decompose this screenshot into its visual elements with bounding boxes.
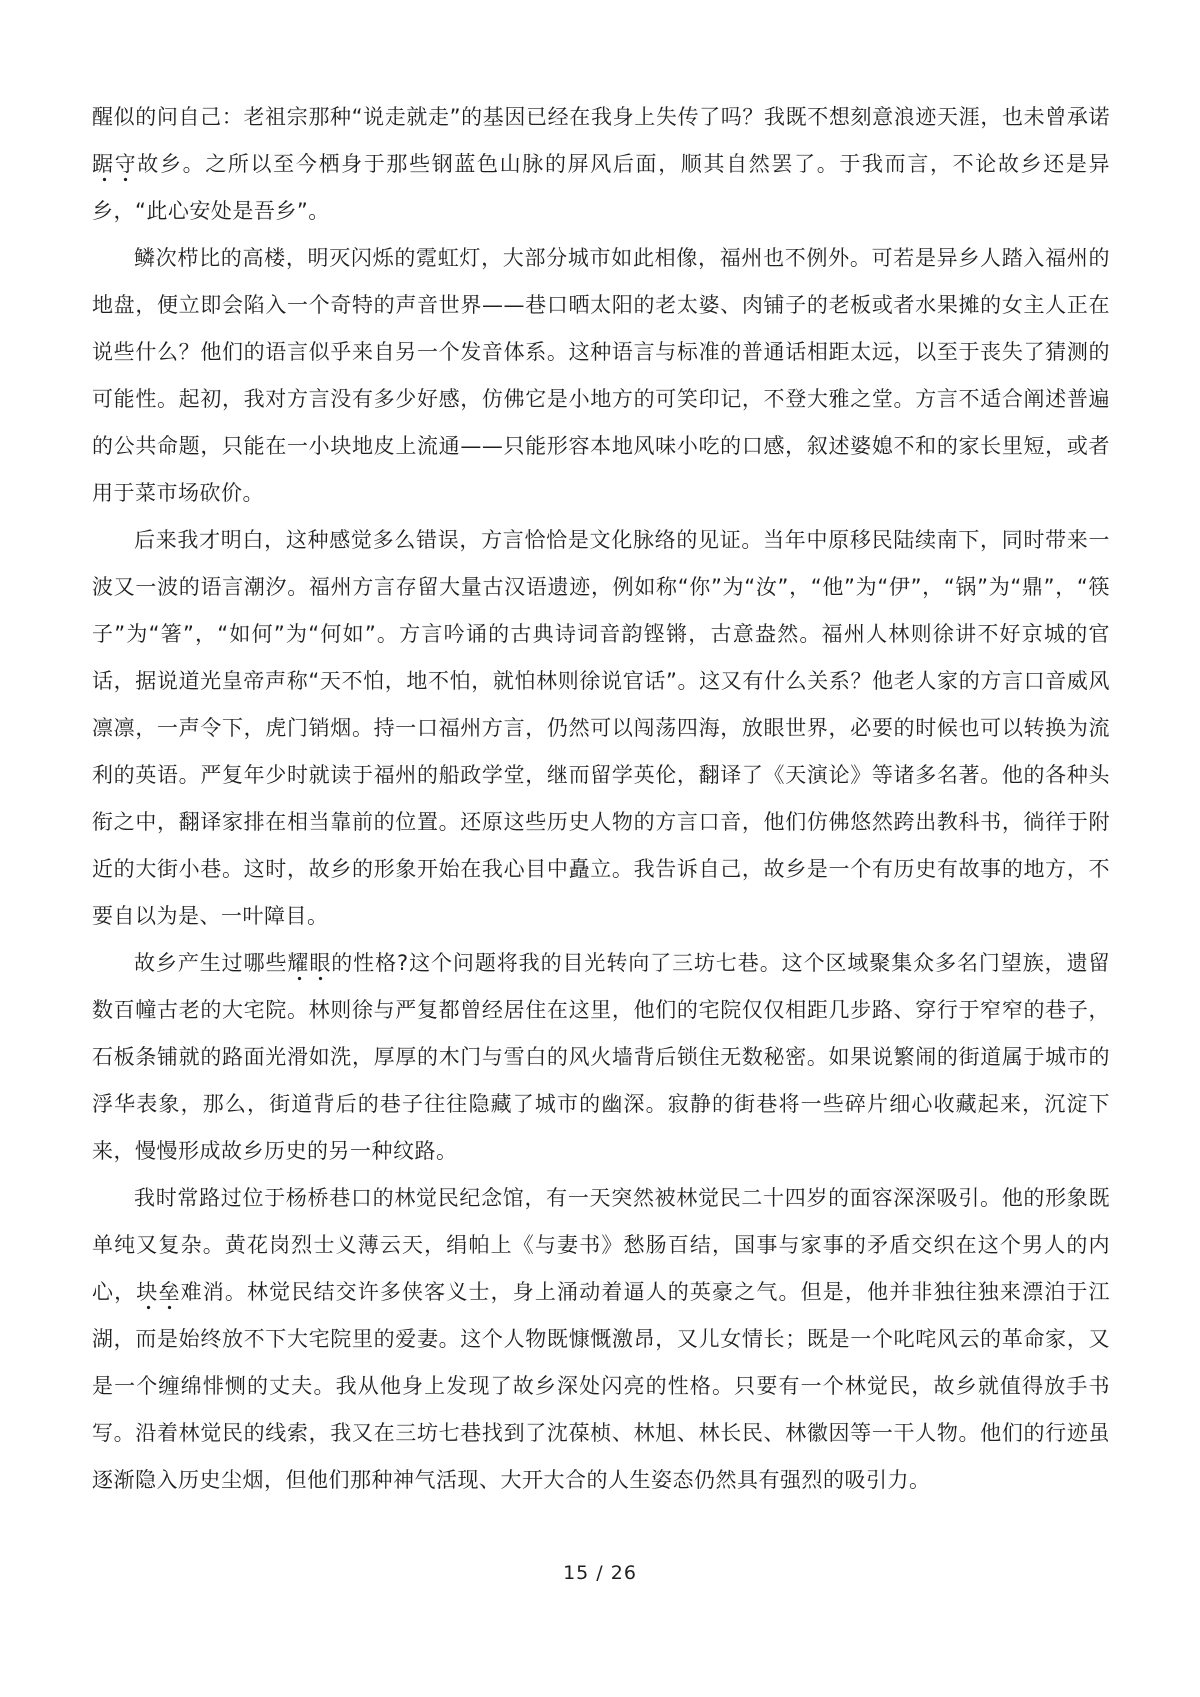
document-page: 醒似的问自己：老祖宗那种“说走就走”的基因已经在我身上失传了吗？我既不想刻意浪迹… [0,0,1200,1697]
paragraph: 我时常路过位于杨桥巷口的林觉民纪念馆，有一天突然被林觉民二十四岁的面容深深吸引。… [92,1175,1110,1504]
page-number: 15 / 26 [0,1562,1200,1584]
text-run: 的性格?这个问题将我的目光转向了三坊七巷。这个区域聚集众多名门望族，遗留数百幢古… [92,951,1110,1163]
text-run: 故乡。之所以至今栖身于那些钢蓝色山脉的屏风后面，顺其自然罢了。于我而言，不论故乡… [92,152,1110,223]
emphasized-text: 踞守 [92,152,137,182]
text-body: 醒似的问自己：老祖宗那种“说走就走”的基因已经在我身上失传了吗？我既不想刻意浪迹… [92,94,1110,1504]
paragraph: 醒似的问自己：老祖宗那种“说走就走”的基因已经在我身上失传了吗？我既不想刻意浪迹… [92,94,1110,235]
paragraph: 鳞次栉比的高楼，明灭闪烁的霓虹灯，大部分城市如此相像，福州也不例外。可若是异乡人… [92,235,1110,517]
text-run: 醒似的问自己：老祖宗那种“说走就走”的基因已经在我身上失传了吗？我既不想刻意浪迹… [92,105,1110,129]
paragraph: 故乡产生过哪些耀眼的性格?这个问题将我的目光转向了三坊七巷。这个区域聚集众多名门… [92,940,1110,1175]
paragraph: 后来我才明白，这种感觉多么错误，方言恰恰是文化脉络的见证。当年中原移民陆续南下，… [92,517,1110,940]
emphasized-text: 块垒 [136,1280,180,1310]
text-run: 后来我才明白，这种感觉多么错误，方言恰恰是文化脉络的见证。当年中原移民陆续南下，… [92,528,1110,928]
emphasized-text: 耀眼 [287,951,331,981]
text-run: 鳞次栉比的高楼，明灭闪烁的霓虹灯，大部分城市如此相像，福州也不例外。可若是异乡人… [92,246,1110,505]
text-run: 故乡产生过哪些 [134,951,287,975]
text-run: 难消。林觉民结交许多侠客义士，身上涌动着逼人的英豪之气。但是，他并非独往独来漂泊… [92,1280,1110,1492]
